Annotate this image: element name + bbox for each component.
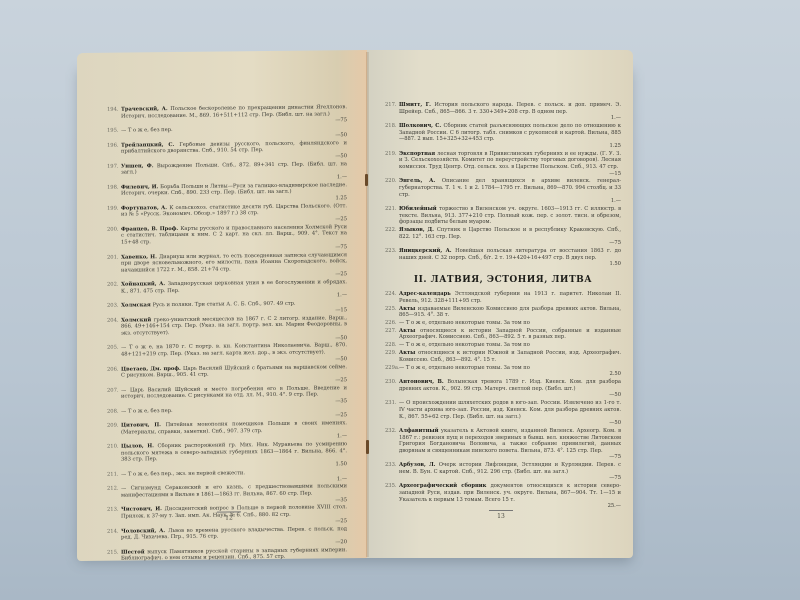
catalog-entry: 227.Акты относящиеся к истории Западной … (385, 328, 621, 341)
catalog-entry: 195.— Т о ж е, без пер.—50 (107, 125, 347, 141)
entry-author: Цитович, П. (121, 422, 166, 428)
catalog-entry: 201.Хавенко, Н. Диариуш или журнал, то е… (107, 252, 347, 281)
catalog-entry: 214.Чоловский, А. Львов во времена русск… (107, 526, 347, 548)
entry-number: 232. (385, 428, 397, 435)
entry-number: 204. (107, 317, 119, 324)
entry-number: 221. (385, 206, 397, 213)
entry-author: Трачевский, А. (121, 106, 170, 113)
catalog-entry: 196.Трейланцкий, С. Гербовые девизы русс… (107, 140, 347, 162)
entry-author: Шестой (121, 549, 147, 555)
catalog-entry: 208.— Т о ж е, без пер.—25 (107, 406, 347, 422)
catalog-entry: 222.Языков, Д. Спутник в Царство Польско… (385, 227, 621, 247)
entry-number: 194. (107, 107, 119, 114)
entry-price: —50 (399, 392, 621, 399)
entry-text: — Т о ж е, отдельно некоторые томы. За т… (399, 365, 530, 371)
catalog-entry: 218.Шолкович, С. Сборник статей разъясня… (385, 123, 621, 149)
right-page-entries: 217.Шмитт, Г. История польского народа. … (385, 102, 621, 511)
left-page-entries: 194.Трачевский, А. Польское бескоролевье… (107, 104, 347, 561)
entry-author: Юбилейный (399, 206, 439, 212)
entry-number: 195. (107, 128, 119, 135)
entry-author: Экспортная (399, 151, 437, 157)
entry-number: 206. (107, 366, 119, 373)
entry-text: — Т о ж е, без пер. (121, 127, 173, 134)
entry-number: 228. (385, 342, 397, 349)
catalog-entry: 199.Фортунатов, А. К сельскохоз. статист… (107, 203, 347, 225)
catalog-entry: 203.Холмская Русь и поляки. Три статьи А… (107, 301, 347, 317)
entry-number: 233. (385, 462, 397, 469)
entry-author: Чоловский, А. (121, 528, 168, 534)
entry-price: 1.— (399, 198, 621, 205)
entry-author: Археографический сборник (399, 483, 491, 489)
entry-author: Цылов, Н. (121, 443, 158, 449)
catalog-entry: 212.— Сигизмунд Сераковский и его казнь,… (107, 484, 347, 506)
entry-number: 235. (385, 483, 397, 490)
entry-price: —75 (399, 454, 621, 461)
catalog-entry: 209.Цитович, П. Питейная монополия помещ… (107, 420, 347, 442)
entry-text: греко-униатский месяцеслов на 1867 г. С … (121, 315, 347, 337)
entry-author: Шмитт, Г. (399, 102, 434, 108)
entry-text: — Т о ж е, отдельно некоторые томы. За т… (399, 342, 530, 348)
staple-top (365, 174, 368, 186)
entry-text: — Т о ж е, отдельно некоторые томы. За т… (399, 320, 530, 326)
entry-number: 224. (385, 291, 397, 298)
catalog-entry: 198.Филевич, И. Борьба Польши и Литвы—Ру… (107, 182, 347, 204)
entry-number: 213. (107, 507, 119, 514)
catalog-entry: 207.— Царь Василий Шуйский и место погре… (107, 385, 347, 407)
entry-number: 229. (385, 350, 397, 357)
entry-price: —15 (399, 171, 621, 178)
entry-number: 218. (385, 123, 397, 130)
right-page: 217.Шмитт, Г. История польского народа. … (367, 50, 633, 558)
right-entries-after-section: 224.Адрес-календарь Эстляндской губернии… (385, 291, 621, 510)
left-page-number: 12 (217, 511, 241, 521)
entry-number: 201. (107, 254, 119, 261)
entry-number: 219. (385, 151, 397, 158)
entry-author: Адрес-календарь (399, 291, 455, 297)
catalog-entry: 229.Акты относящиеся к истории Южной и З… (385, 350, 621, 363)
catalog-entry: 210.Цылов, Н. Сборник распоряжений гр. М… (107, 441, 347, 470)
catalog-entry: 232.Алфавитный указатель к Актовой книге… (385, 428, 621, 461)
entry-author: Языков, Д. (399, 227, 437, 233)
entry-number: 207. (107, 387, 119, 394)
right-entries-before-section: 217.Шмитт, Г. История польского народа. … (385, 102, 621, 268)
entry-text: издаваемые Виленскою Комиссиею для разбо… (399, 306, 621, 319)
entry-price: 2.50 (399, 371, 621, 378)
catalog-entry: 202.Хойнацкий, А. Западнорусская церковн… (107, 279, 347, 301)
entry-number: 215. (107, 549, 119, 556)
entry-price: —50 (399, 420, 621, 427)
catalog-entry: 217.Шмитт, Г. История польского народа. … (385, 102, 621, 122)
staple-bottom (366, 440, 369, 454)
catalog-entry: 200.Францев, В. Проф. Карты русского и п… (107, 224, 347, 253)
entry-author: Энгель, А. (399, 178, 442, 184)
catalog-entry: 230.Антонович, В. Волынская тревога 1789… (385, 379, 621, 399)
entry-text: относящиеся к истории Западной России, с… (399, 328, 621, 341)
entry-number: 203. (107, 303, 119, 310)
entry-number: 223. (385, 248, 397, 255)
entry-number: 209. (107, 423, 119, 430)
catalog-entry: 225.Акты издаваемые Виленскою Комиссиею … (385, 306, 621, 319)
entry-author: Хойнацкий, А. (121, 281, 168, 287)
entry-number: 230. (385, 379, 397, 386)
entry-number: 196. (107, 142, 119, 149)
catalog-entry: 224.Адрес-календарь Эстляндской губернии… (385, 291, 621, 304)
entry-author: Хавенко, Н. (121, 254, 159, 260)
entry-author: Чистович, И. (121, 507, 165, 513)
catalog-entry: 223.Яницкерский, А. Новейшая польская ли… (385, 248, 621, 268)
entry-number: 229a. (385, 365, 400, 372)
catalog-entry: 233.Арбузов, Л. Очерк истории Лифляндии,… (385, 462, 621, 482)
entry-text: — Царь Василий Шуйский и место погребени… (121, 385, 347, 400)
entry-price: 1.— (399, 115, 621, 122)
entry-author: Антонович, В. (399, 379, 447, 385)
entry-number: 199. (107, 205, 119, 212)
catalog-entry: 219.Экспортная лесная торговля в Привисл… (385, 151, 621, 177)
catalog-entry: 228.— Т о ж е, отдельно некоторые томы. … (385, 342, 621, 349)
entry-author: Уншен, Ф. (121, 163, 157, 169)
entry-number: 222. (385, 227, 397, 234)
entry-text: Русь и поляки. Три статьи А. С. Б. Спб.,… (153, 301, 296, 308)
entry-author: Шолкович, С. (399, 123, 443, 129)
catalog-entry: 231.— О происхождении шляхетских родов в… (385, 400, 621, 426)
entry-text: — О происхождении шляхетских родов в юго… (399, 400, 621, 419)
catalog-entry: 204.Холмский греко-униатский месяцеслов … (107, 315, 347, 344)
entry-number: 226. (385, 320, 397, 327)
entry-number: 211. (107, 472, 119, 479)
entry-number: 205. (107, 345, 119, 352)
entry-price: —75 (399, 240, 621, 247)
entry-price: 1.50 (399, 261, 621, 268)
catalog-entry: 221.Юбилейный торжество в Виленском уч. … (385, 206, 621, 226)
entry-number: 200. (107, 226, 119, 233)
entry-text: — Т о ж е, без пер., экз. не первой свеж… (121, 470, 245, 477)
catalog-entry: 226.— Т о ж е, отдельно некоторые томы. … (385, 320, 621, 327)
entry-number: 227. (385, 328, 397, 335)
catalog-entry: 229a.— Т о ж е, отдельно некоторые томы.… (385, 365, 621, 378)
entry-number: 217. (385, 102, 397, 109)
catalog-entry: 220.Энгель, А. Описание дел хранящихся в… (385, 178, 621, 204)
entry-number: 197. (107, 163, 119, 170)
catalog-entry: 206.Цветаев, Дм. проф. Царь Василий Шуйс… (107, 364, 347, 386)
entry-author: Цветаев, Дм. проф. (121, 365, 183, 372)
entry-author: Акты (399, 350, 418, 356)
entry-number: 210. (107, 444, 119, 451)
catalog-entry: 194.Трачевский, А. Польское бескоролевье… (107, 104, 347, 126)
entry-number: 214. (107, 528, 119, 535)
entry-number: 225. (385, 306, 397, 313)
entry-price: —75 (399, 475, 621, 482)
entry-number: 231. (385, 400, 397, 407)
right-page-number: 13 (489, 510, 513, 520)
catalog-entry: 211.— Т о ж е, без пер., экз. не первой … (107, 469, 347, 485)
entry-author: Арбузов, Л. (399, 462, 439, 468)
entry-number: 198. (107, 184, 119, 191)
entry-text: — Т о ж е, на 1870 г. С портр. в. кн. Ко… (121, 343, 347, 358)
section-title: II. ЛАТВИЯ, ЭСТОНИЯ, ЛИТВА (385, 273, 621, 287)
left-page: 194.Трачевский, А. Польское бескоролевье… (77, 50, 367, 561)
booklet-spine (366, 52, 369, 557)
entry-text: — Т о ж е, без пер. (121, 408, 173, 415)
entry-number: 212. (107, 486, 119, 493)
entry-text: относящиеся к истории Южной и Западной Р… (399, 350, 621, 363)
catalog-entry: 235.Археографический сборник документов … (385, 483, 621, 509)
entry-number: 208. (107, 408, 119, 415)
entry-author: Алфавитный (399, 428, 441, 434)
entry-price: 1.25 (399, 143, 621, 150)
entry-author: Холмская (121, 303, 153, 309)
entry-price: 25.— (399, 503, 621, 510)
catalog-entry: 197.Уншен, Ф. Вырождение Польши. Спб., 8… (107, 161, 347, 183)
entry-author: Акты (399, 306, 418, 312)
entry-number: 220. (385, 178, 397, 185)
entry-author: Акты (399, 328, 420, 334)
entry-author: Яницкерский, А. (399, 248, 455, 254)
entry-number: 202. (107, 282, 119, 289)
catalog-entry: 205.— Т о ж е, на 1870 г. С портр. в. кн… (107, 343, 347, 365)
